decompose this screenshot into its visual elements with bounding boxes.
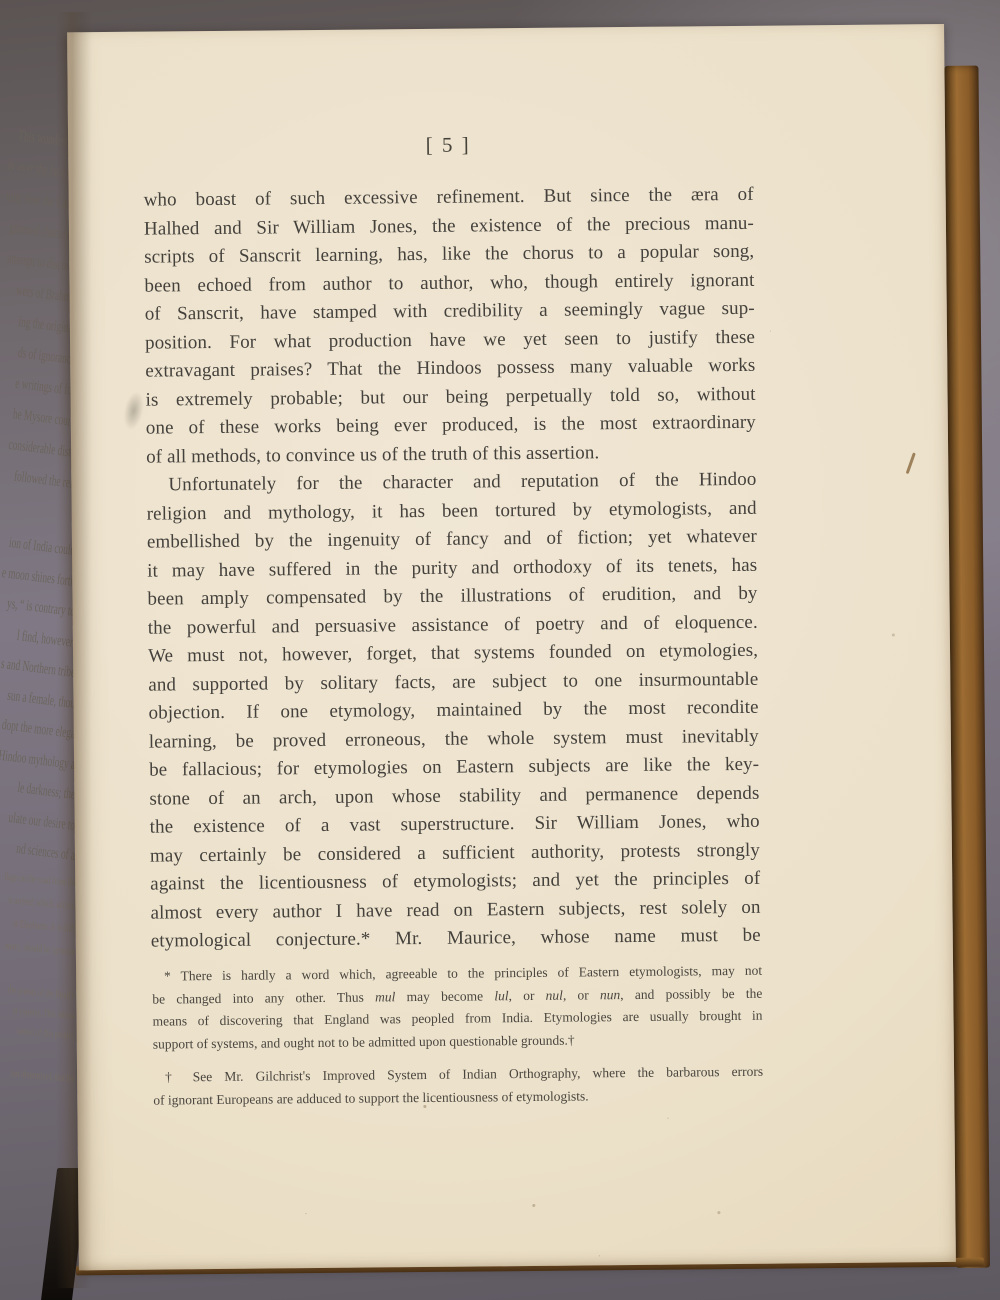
footnote-text: , or — [508, 987, 545, 1002]
body-text-line: etymological conjecture.* Mr. Maurice, w… — [151, 922, 761, 956]
footnote-text: support of systems, and ought not to be … — [153, 1032, 575, 1051]
pen-mark — [906, 452, 916, 474]
facing-text-fragment: not determine), that the — [0, 1056, 76, 1091]
italic-term: nun — [600, 987, 620, 1002]
footnote-text: , and possibly be the — [620, 985, 762, 1001]
body-text-block: who boast of such excessive refinement. … — [144, 181, 761, 956]
footnote-text: means of discovering that England was pe… — [152, 1008, 762, 1029]
footnote-text: may become — [395, 988, 494, 1004]
page-number: [ 5 ] — [143, 130, 753, 161]
facing-fragments-note3: not determine), that the — [0, 1068, 75, 1091]
footnote-text: † See Mr. Gilchrist's Improved System of… — [165, 1064, 763, 1085]
italic-term: lul — [494, 988, 508, 1003]
footnote-text: of ignorant Europeans are adduced to sup… — [153, 1088, 588, 1107]
facing-fragments-middle: ion of India coulde moon shines forthys,… — [0, 536, 75, 872]
facing-fragments-note2: the priests of the Boud'hat country. Thi… — [0, 986, 75, 1046]
paper-specks — [67, 32, 68, 33]
footnote: † See Mr. Gilchrist's Improved System of… — [153, 1061, 763, 1112]
footnote-text: * There is hardly a word which, agreeabl… — [164, 963, 762, 984]
italic-term: nul — [546, 987, 563, 1002]
italic-term: mul — [375, 989, 395, 1004]
footnote-text: , or — [563, 987, 600, 1002]
right-page-assembly: [ 5 ] who boast of such excessive refine… — [62, 14, 990, 1285]
footnotes-block: * There is hardly a word which, agreeabl… — [152, 960, 763, 1112]
book-page: [ 5 ] who boast of such excessive refine… — [67, 24, 956, 1270]
footnote: * There is hardly a word which, agreeabl… — [152, 960, 763, 1056]
body-text-line: one of these works being ever produced, … — [146, 409, 756, 443]
facing-fragments-note1: llage on the road from Beis arched, whic… — [0, 872, 75, 964]
footnote-text: be changed into any other. Thus — [152, 989, 375, 1006]
